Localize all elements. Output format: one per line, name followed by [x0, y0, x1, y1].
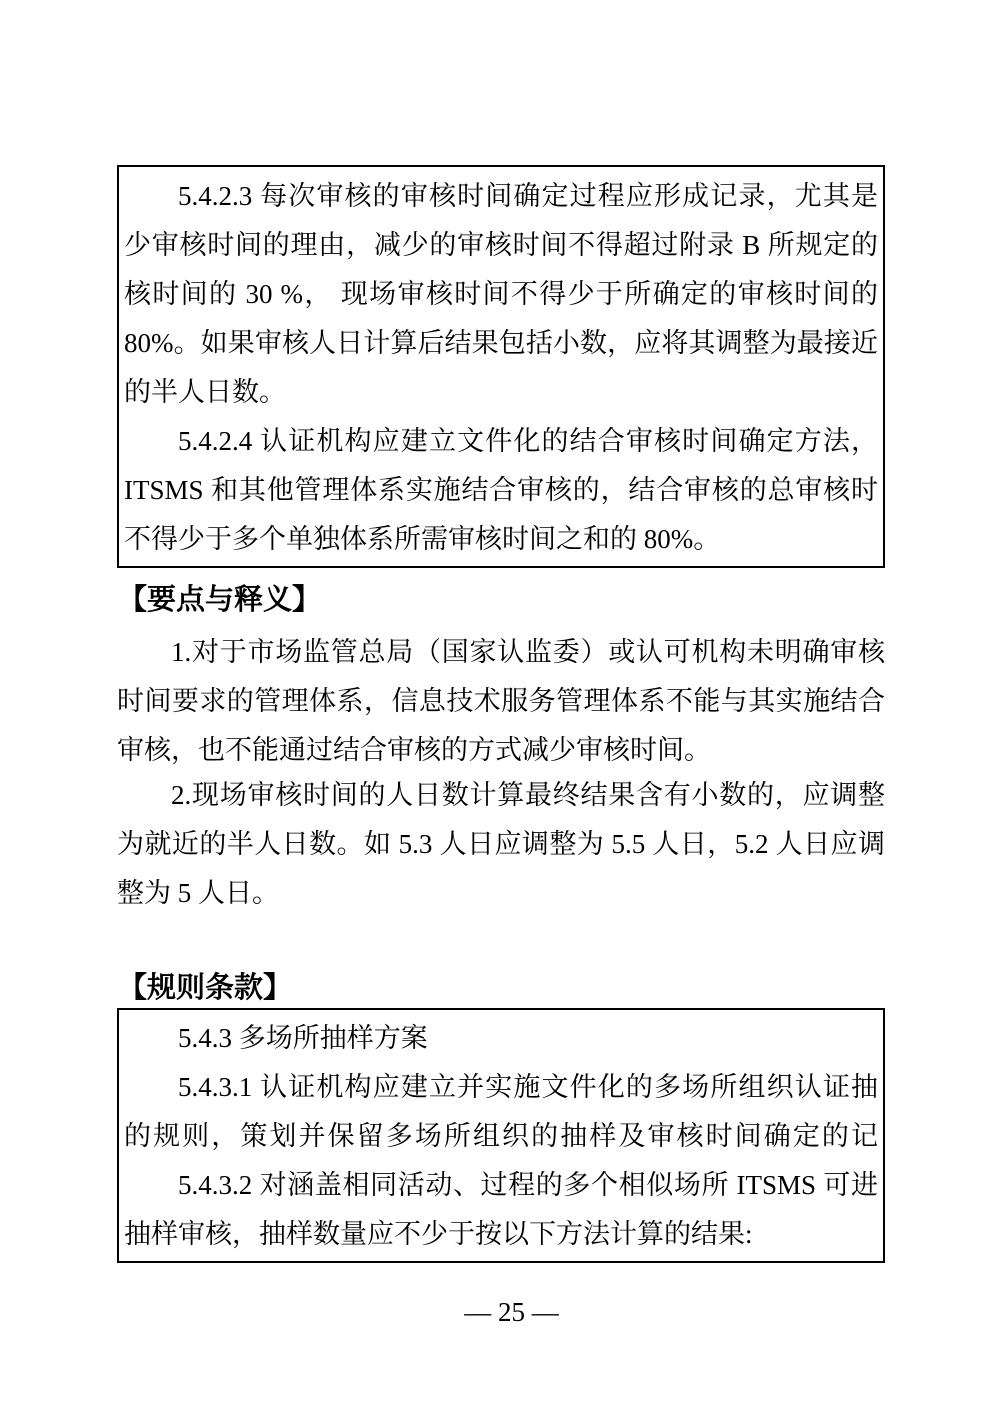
clause-line: 不得少于多个单独体系所需审核时间之和的 80%。: [124, 515, 878, 564]
paragraph-line: 时间要求的管理体系，信息技术服务管理体系不能与其实施结合: [117, 677, 885, 726]
key-points-paragraph-2: 2.现场审核时间的人日数计算最终结果含有小数的，应调整 为就近的半人日数。如 5…: [117, 771, 885, 918]
paragraph-line: 审核，也不能通过结合审核的方式减少审核时间。: [117, 726, 885, 775]
clause-line: 5.4.3 多场所抽样方案: [124, 1014, 878, 1063]
key-points-paragraph-1: 1.对于市场监管总局（国家认监委）或认可机构未明确审核 时间要求的管理体系，信息…: [117, 628, 885, 775]
clause-line: 的半人日数。: [124, 368, 878, 417]
paragraph-line: 整为 5 人日。: [117, 869, 885, 918]
clause-line: 5.4.3.2 对涵盖相同活动、过程的多个相似场所 ITSMS 可进行: [124, 1161, 878, 1210]
clause-line: 的规则，策划并保留多场所组织的抽样及审核时间确定的记录。: [124, 1112, 878, 1161]
clause-line: 抽样审核，抽样数量应不少于按以下方法计算的结果:: [124, 1210, 878, 1259]
clause-line: 5.4.2.4 认证机构应建立文件化的结合审核时间确定方法，: [124, 417, 878, 466]
clause-line: 80%。如果审核人日计算后结果包括小数，应将其调整为最接近: [124, 319, 878, 368]
paragraph-line: 为就近的半人日数。如 5.3 人日应调整为 5.5 人日，5.2 人日应调: [117, 820, 885, 869]
document-page: 5.4.2.3 每次审核的审核时间确定过程应形成记录，尤其是减 少审核时间的理由…: [0, 0, 1000, 1414]
clause-line: ITSMS 和其他管理体系实施结合审核的，结合审核的总审核时间: [124, 466, 878, 515]
clause-line: 核时间的 30 %， 现场审核时间不得少于所确定的审核时间的: [124, 270, 878, 319]
section-heading-rule-clause: 【规则条款】: [118, 968, 292, 1008]
section-heading-key-points: 【要点与释义】: [118, 580, 321, 620]
clause-line: 5.4.2.3 每次审核的审核时间确定过程应形成记录，尤其是减: [124, 172, 878, 221]
paragraph-line: 2.现场审核时间的人日数计算最终结果含有小数的，应调整: [117, 771, 885, 820]
clause-line: 少审核时间的理由，减少的审核时间不得超过附录 B 所规定的审: [124, 221, 878, 270]
rule-clause-box-5-4-2: 5.4.2.3 每次审核的审核时间确定过程应形成记录，尤其是减 少审核时间的理由…: [117, 165, 885, 568]
clause-line: 5.4.3.1 认证机构应建立并实施文件化的多场所组织认证抽样: [124, 1063, 878, 1112]
page-number: — 25 —: [23, 1292, 1000, 1332]
paragraph-line: 1.对于市场监管总局（国家认监委）或认可机构未明确审核: [117, 628, 885, 677]
rule-clause-box-5-4-3: 5.4.3 多场所抽样方案 5.4.3.1 认证机构应建立并实施文件化的多场所组…: [117, 1008, 885, 1263]
